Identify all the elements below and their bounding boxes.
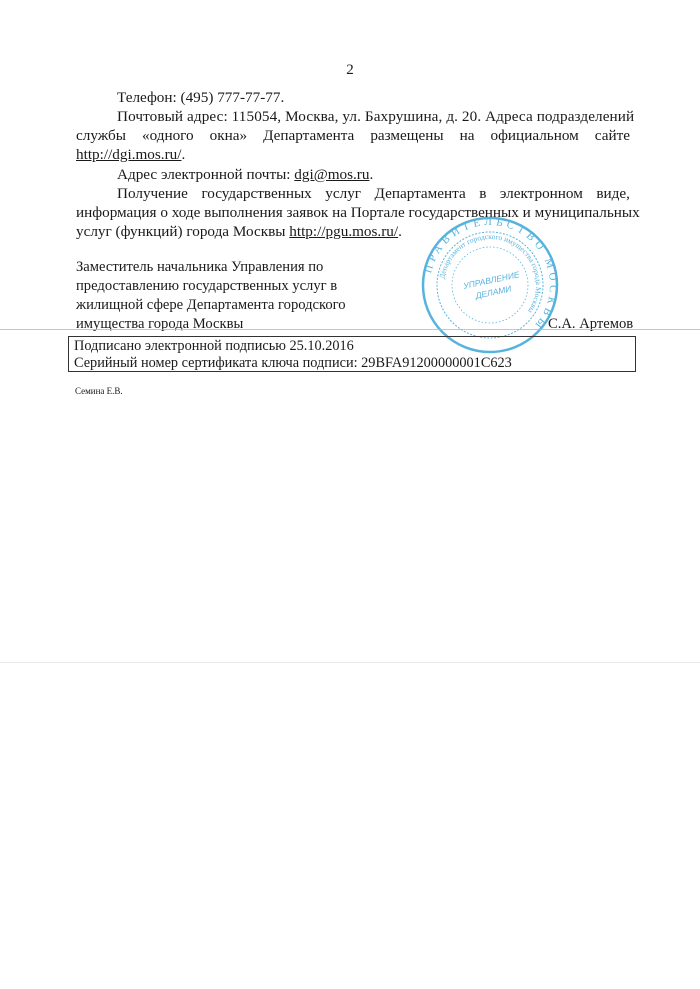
- email-line: Адрес электронной почты: dgi@mos.ru.: [117, 165, 373, 184]
- page-number: 2: [346, 62, 354, 79]
- scan-fold-line: [0, 329, 700, 330]
- scan-fold-line-lower: [0, 662, 700, 663]
- site-line: http://dgi.mos.ru/.: [76, 145, 185, 164]
- phone-line: Телефон: (495) 777-77-77.: [117, 88, 284, 107]
- electronic-signature-box: Подписано электронной подписью 25.10.201…: [68, 336, 636, 372]
- certificate-serial-line: Серийный номер сертификата ключа подписи…: [74, 355, 630, 372]
- portal-line-3: услуг (функций) города Москвы http://pgu…: [76, 222, 402, 241]
- executor-name: Семина Е.В.: [75, 386, 123, 396]
- svg-text:Департамент городского имущест: Департамент городского имущества города …: [437, 232, 543, 315]
- official-stamp-icon: ПРАВИТЕЛЬСТВО МОСКВЫ Департамент городск…: [420, 215, 560, 355]
- postal-address-line-1: Почтовый адрес: 115054, Москва, ул. Бахр…: [117, 107, 634, 126]
- pgu-portal-link[interactable]: http://pgu.mos.ru/: [289, 223, 398, 240]
- email-link[interactable]: dgi@mos.ru: [294, 166, 369, 183]
- signatory-title: Заместитель начальника Управления по пре…: [76, 258, 346, 334]
- portal-line-1: Получение государственных услуг Департам…: [117, 184, 630, 203]
- dgi-site-link[interactable]: http://dgi.mos.ru/: [76, 146, 181, 163]
- signatory-name: С.А. Артемов: [548, 315, 633, 334]
- postal-address-line-2: службы «одного окна» Департамента размещ…: [76, 126, 630, 145]
- signed-date-line: Подписано электронной подписью 25.10.201…: [74, 338, 630, 355]
